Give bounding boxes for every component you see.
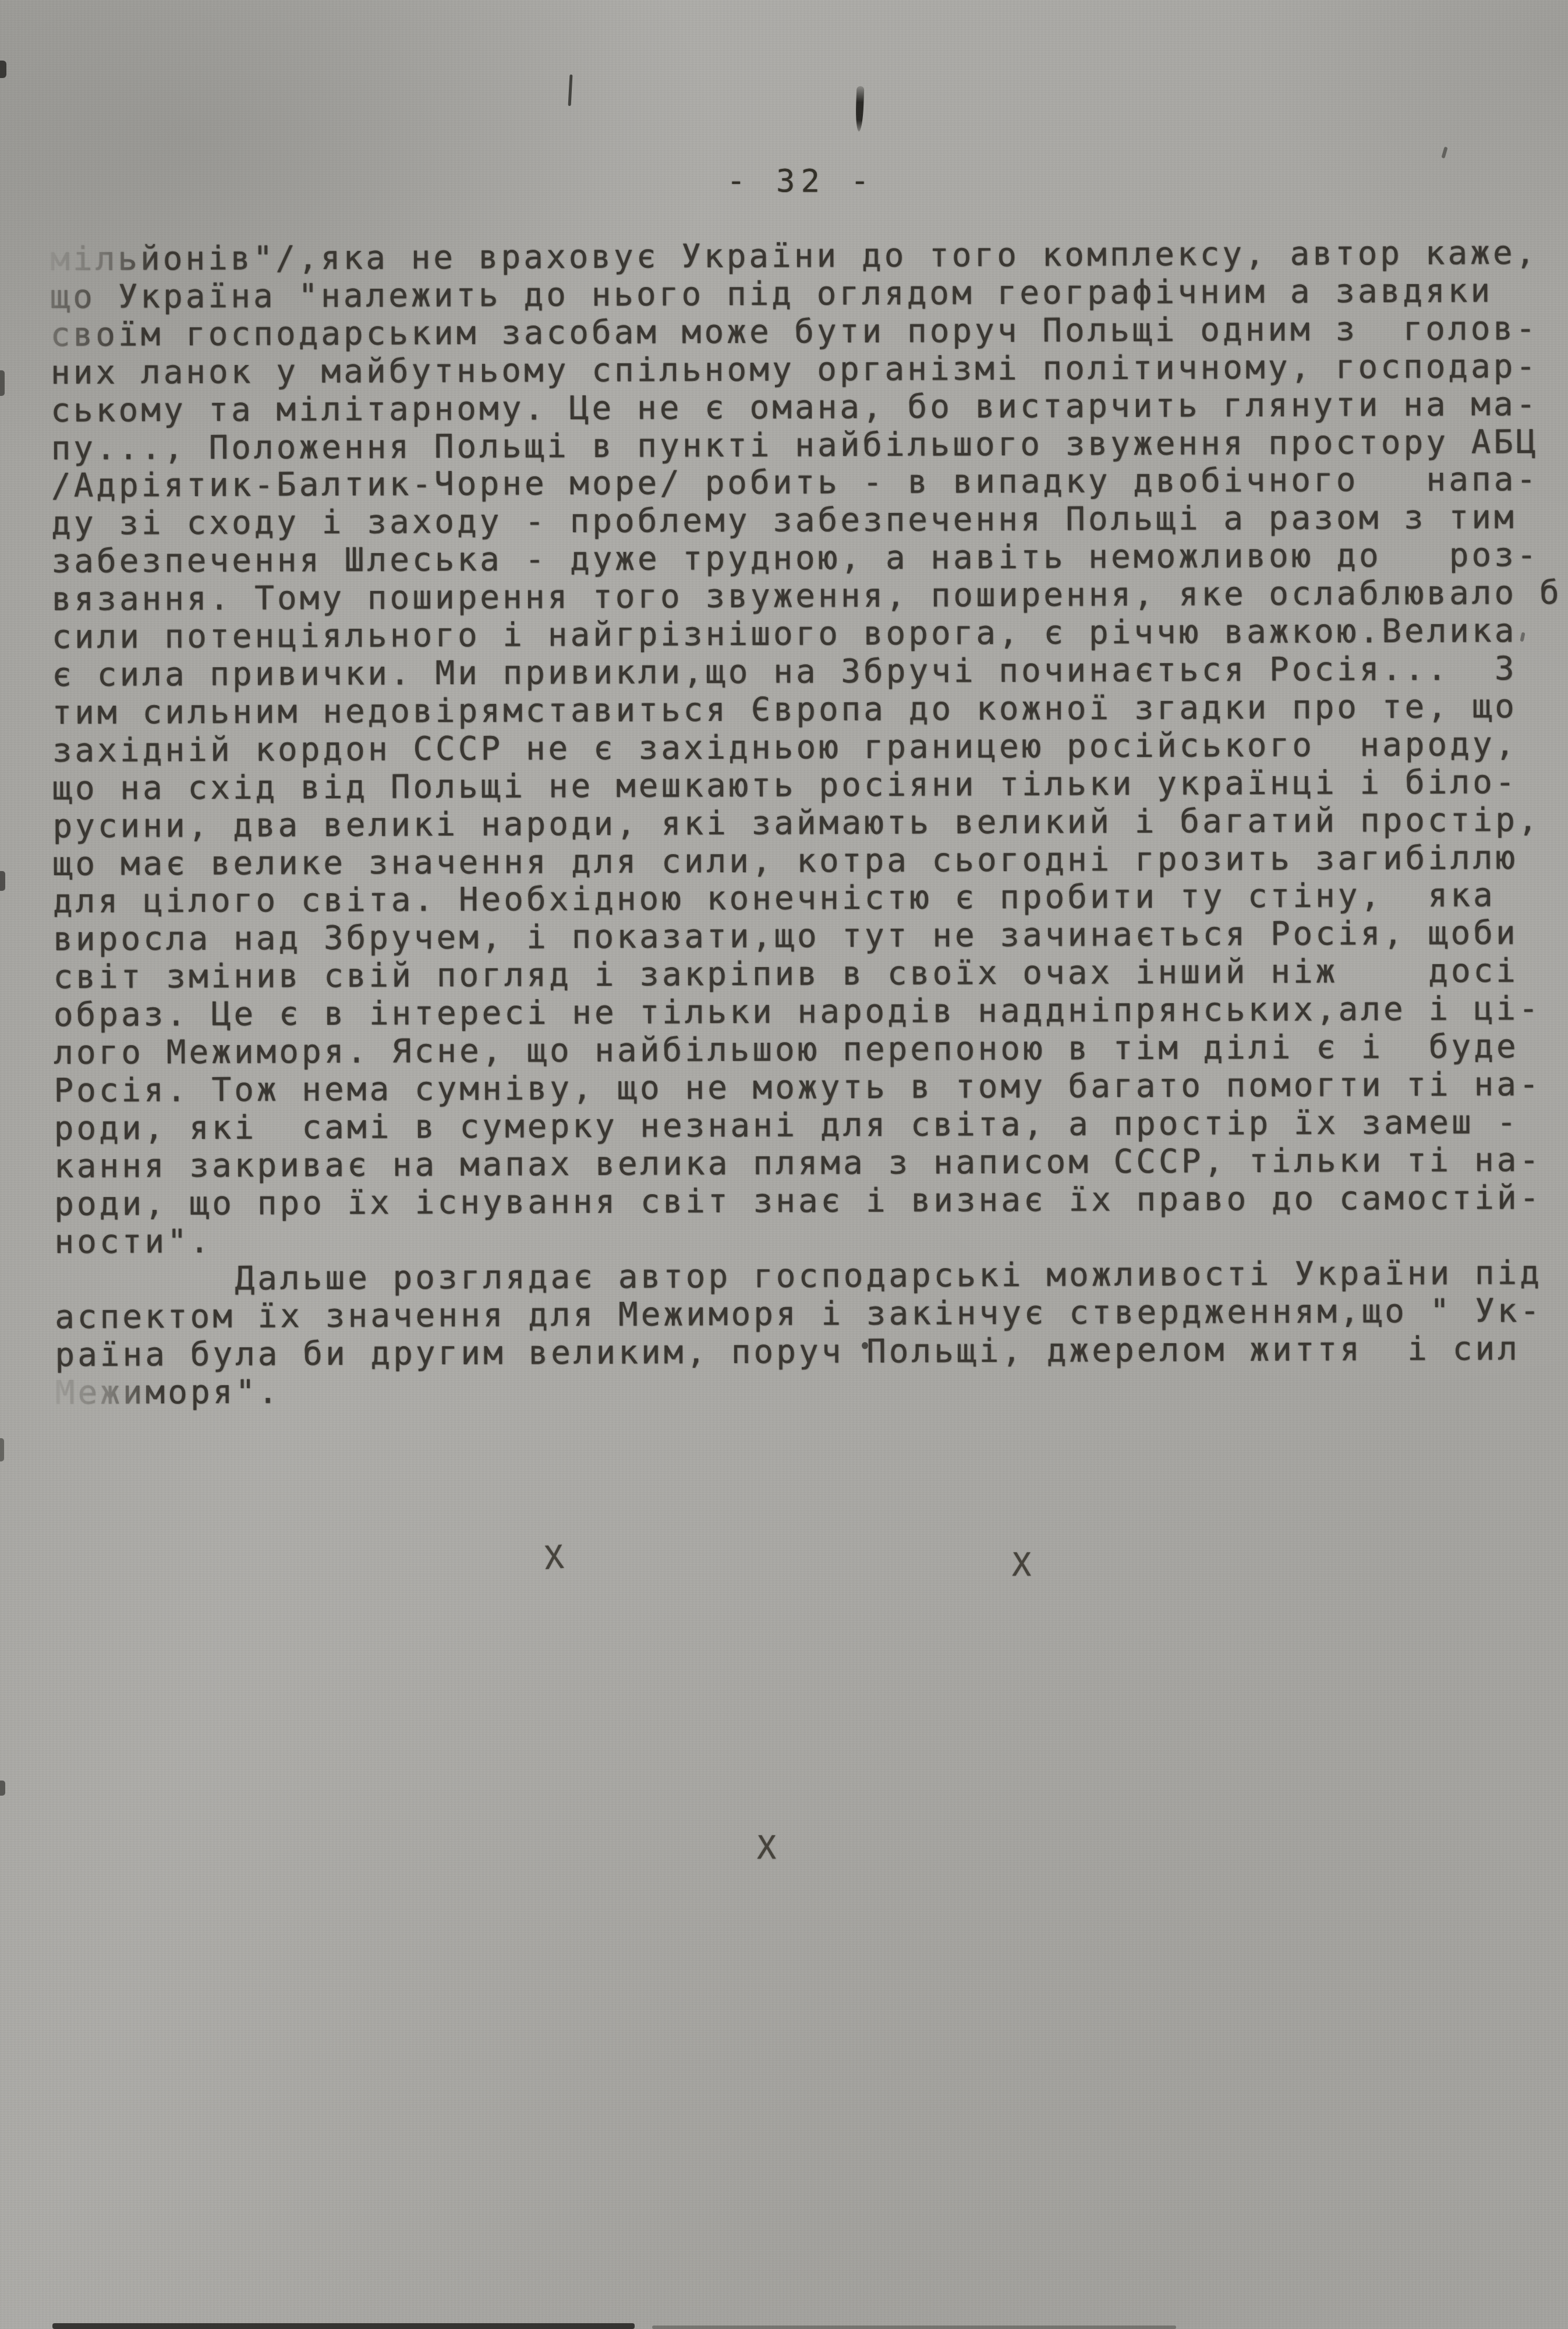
text-line: роди, що про їх існування світ знає і ви…: [54, 1179, 1551, 1223]
text-line: західній кордон СССР не є західньою гран…: [52, 726, 1549, 770]
text-line: що Україна "належить до нього під оглядо…: [50, 272, 1546, 317]
text-line: них ланок у майбутньому спільному органі…: [51, 348, 1547, 392]
scan-artifact: [568, 75, 573, 106]
paragraph: мільйонів"/,яка не враховує України до т…: [50, 235, 1551, 1262]
ink-dot-artifact: [862, 1342, 868, 1349]
text-line: ському та мілітарному. Це не є омана, бо…: [51, 385, 1547, 430]
scan-artifact: [1441, 147, 1447, 159]
page-edge-mark: [0, 871, 5, 891]
text-line: Росія. Тож нема сумніву, що не можуть в …: [54, 1066, 1550, 1110]
page-edge-mark: [0, 61, 6, 78]
typed-x-separator: X: [757, 1832, 776, 1864]
text-line: тим сильним недовірямставиться Європа до…: [52, 688, 1548, 732]
page-number: - 32 -: [727, 165, 875, 197]
page-edge-mark: [0, 370, 5, 396]
text-line: роди, які самі в сумерку незнані для сві…: [54, 1104, 1551, 1148]
page-edge-mark: [0, 1781, 5, 1796]
text-line: мільйонів"/,яка не враховує України до т…: [50, 235, 1546, 279]
typed-x-separator: X: [1012, 1549, 1031, 1581]
text-line: своїм господарським засобам може бути по…: [51, 310, 1547, 355]
text-line: є сила привички. Ми привикли,що на Збруч…: [52, 650, 1548, 695]
scan-bottom-edge: [52, 2323, 635, 2329]
text-line: кання закриває на мапах велика пляма з н…: [54, 1142, 1551, 1186]
scan-bottom-edge: [652, 2326, 1176, 2329]
typed-x-separator: X: [543, 1541, 565, 1574]
text-line: Межиморя".: [55, 1368, 1551, 1413]
text-line: раїна була би другим великим, поруч Поль…: [55, 1330, 1551, 1375]
ink-streak-artifact: [855, 86, 865, 132]
text-line: що на схід від Польщі не мешкають росіян…: [52, 763, 1549, 808]
paragraph: Дальше розглядає автор господарські можл…: [55, 1255, 1552, 1413]
scanned-document-page: - 32 - мільйонів"/,яка не враховує Украї…: [0, 0, 1568, 2329]
text-line: русини, два великі народи, які займають …: [52, 801, 1549, 845]
page-edge-mark: [0, 1438, 4, 1461]
typewritten-text-block: мільйонів"/,яка не враховує України до т…: [50, 235, 1552, 1413]
